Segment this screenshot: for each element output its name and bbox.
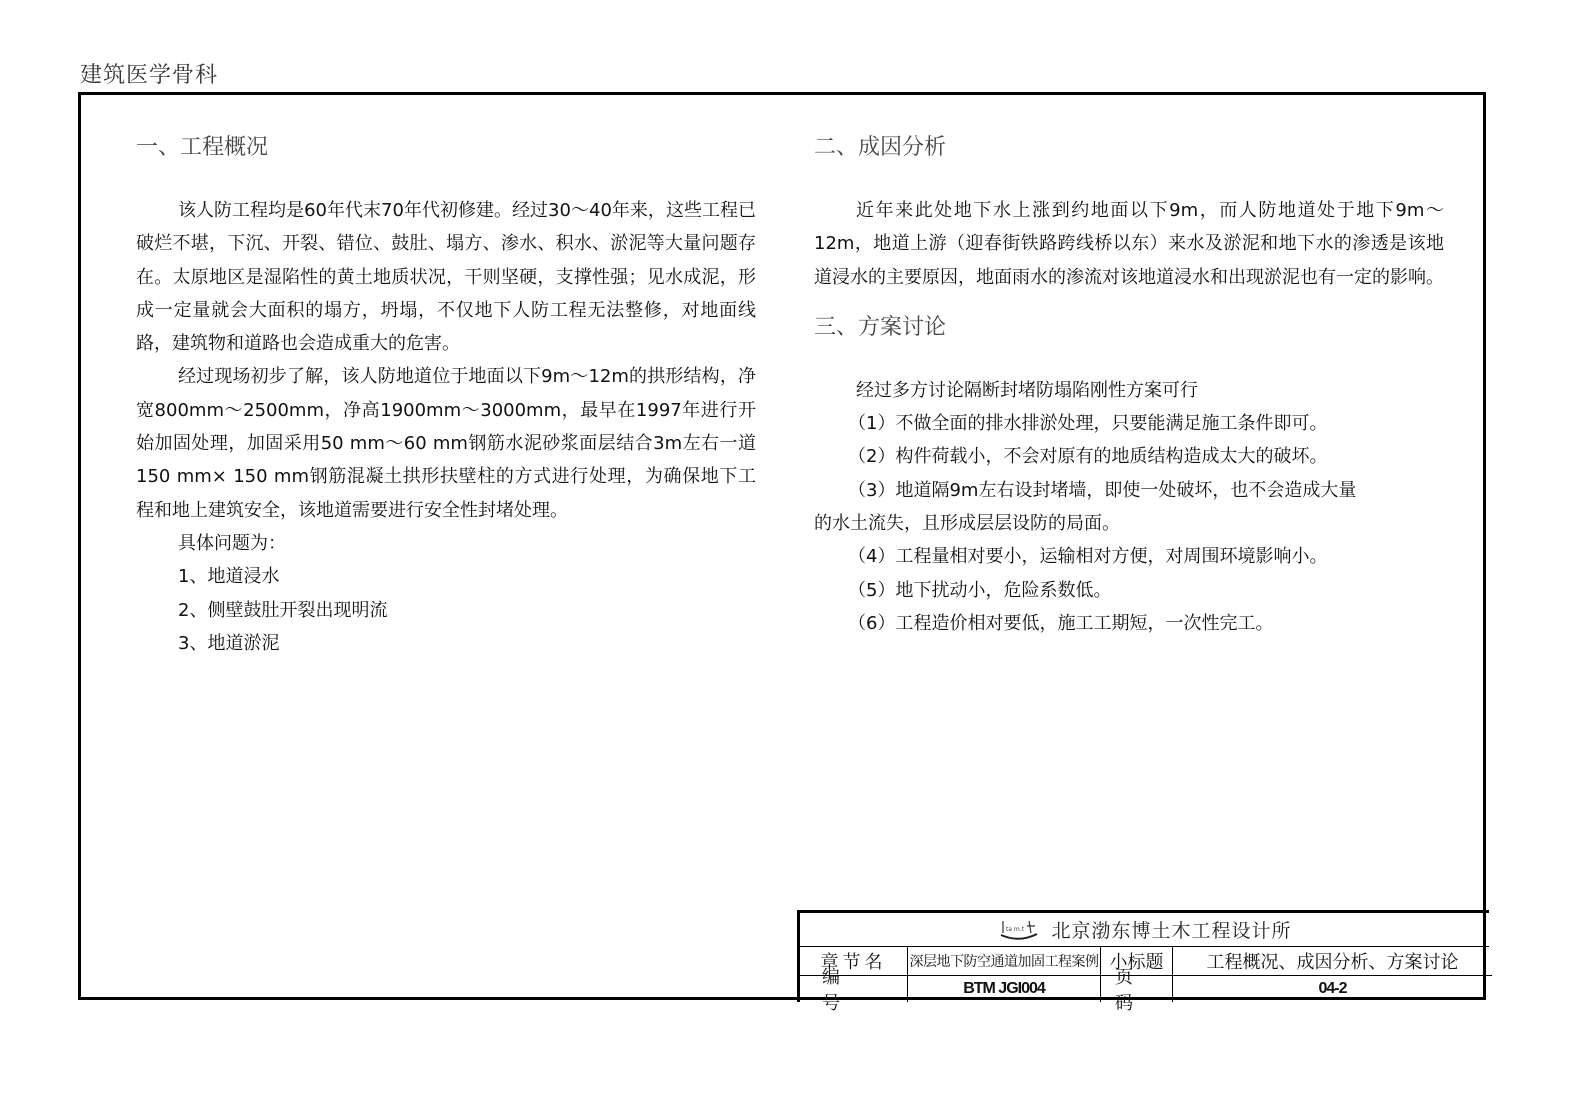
title-block-grid: 章节名 深层地下防空通道加固工程案例 小标题 工程概况、成因分析、方案讨论 编 … [800,946,1489,1002]
plan-intro: 经过多方讨论隔断封堵防塌陷刚性方案可行 [814,374,1444,407]
subtitle-value-cell: 工程概况、成因分析、方案讨论 [1173,946,1492,976]
overview-paragraph-2: 经过现场初步了解，该人防地道位于地面以下9m～12m的拱形结构，净宽800mm～… [136,360,756,526]
cause-analysis-paragraph: 近年来此处地下水上涨到约地面以下9m，而人防地道处于地下9m～12m，地道上游（… [814,194,1444,294]
problem-item: 2、侧壁鼓肚开裂出现明流 [136,594,756,627]
plan-point: （6）工程造价相对要低，施工工期短，一次性完工。 [814,607,1444,640]
plan-point: （3）地道隔9m左右设封堵墙，即使一处破坏，也不会造成大量 [814,474,1444,507]
company-name: 北京渤东博土木工程设计所 [1051,916,1291,943]
title-block-company-row: ta m.t 北京渤东博土木工程设计所 [800,913,1489,947]
page-label-cell: 页 码 [1101,976,1173,1002]
subtitle-value: 工程概况、成因分析、方案讨论 [1207,948,1459,974]
problems-intro: 具体问题为： [136,527,756,560]
number-label-cell: 编 号 [800,976,908,1002]
section-title-cause-analysis: 二、成因分析 [814,128,1444,168]
section-title-plan-discussion: 三、方案讨论 [814,308,1444,348]
problem-item: 1、地道浸水 [136,560,756,593]
page-value: 04-2 [1318,980,1346,998]
section-title-overview: 一、工程概况 [136,128,756,168]
overview-paragraph-1: 该人防工程均是60年代末70年代初修建。经过30～40年来，这些工程已破烂不堪，… [136,194,756,360]
svg-text:ta m.t: ta m.t [1006,926,1025,933]
plan-point: （2）构件荷载小，不会对原有的地质结构造成太大的破坏。 [814,440,1444,473]
plan-point: （4）工程量相对要小，运输相对方便，对周围环境影响小。 [814,540,1444,573]
page-label: 页 码 [1101,963,1172,1015]
plan-point: （5）地下扰动小，危险系数低。 [814,574,1444,607]
title-block: ta m.t 北京渤东博土木工程设计所 章节名 深层地下防空通道加固工程案例 小… [797,910,1489,1002]
right-column: 二、成因分析 近年来此处地下水上涨到约地面以下9m，而人防地道处于地下9m～12… [814,128,1444,640]
number-label: 编 号 [800,963,907,1015]
page-value-cell: 04-2 [1173,976,1492,1002]
company-logo-icon: ta m.t [997,917,1041,943]
plan-point-continuation: 的水土流失，且形成层层设防的局面。 [814,507,1444,540]
number-value: BTM JGI004 [963,980,1045,998]
page-header-title: 建筑医学骨科 [80,58,218,89]
problem-item: 3、地道淤泥 [136,627,756,660]
chapter-value-cell: 深层地下防空通道加固工程案例 [908,946,1101,976]
left-column: 一、工程概况 该人防工程均是60年代末70年代初修建。经过30～40年来，这些工… [136,128,756,660]
number-value-cell: BTM JGI004 [908,976,1101,1002]
chapter-value: 深层地下防空通道加固工程案例 [910,951,1099,971]
plan-point: （1）不做全面的排水排淤处理，只要能满足施工条件即可。 [814,407,1444,440]
